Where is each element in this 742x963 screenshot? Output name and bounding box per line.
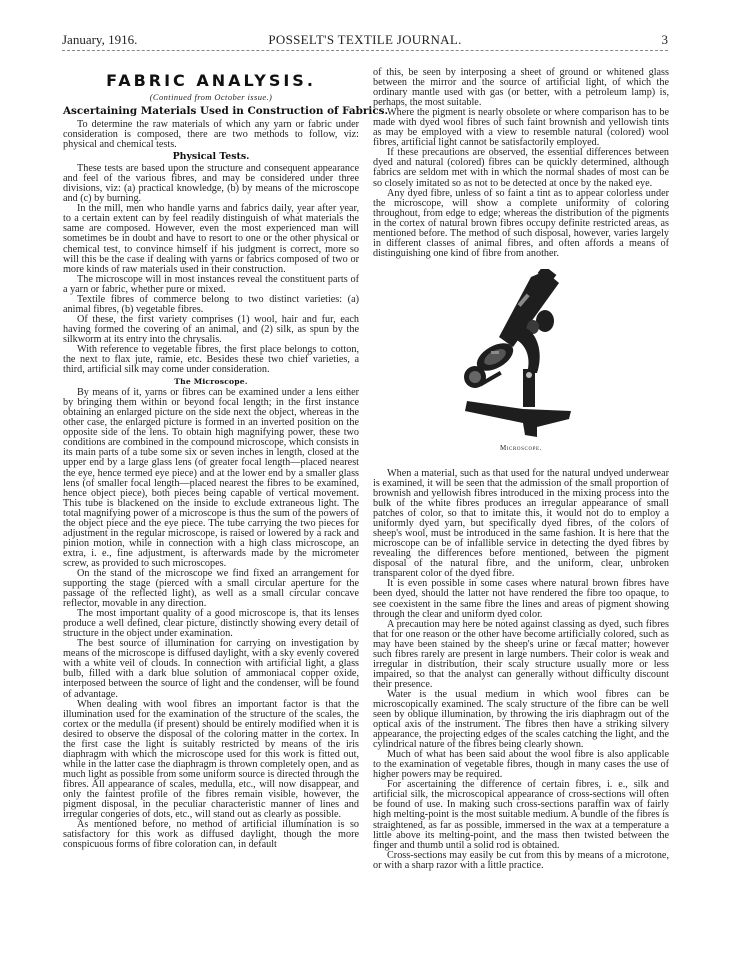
section-heading-microscope: The Microscope. bbox=[63, 376, 359, 387]
paragraph: of this, be seen by interposing a sheet … bbox=[373, 68, 669, 108]
paragraph: In the mill, men who handle yarns and fa… bbox=[63, 204, 359, 274]
running-header: January, 1916. POSSELT'S TEXTILE JOURNAL… bbox=[62, 32, 668, 48]
paragraph: Any dyed fibre, unless of so faint a tin… bbox=[373, 189, 669, 259]
left-column: FABRIC ANALYSIS. (Continued from October… bbox=[63, 70, 359, 850]
paragraph: The most important quality of a good mic… bbox=[63, 609, 359, 639]
microscope-icon bbox=[453, 269, 593, 441]
journal-title: POSSELT'S TEXTILE JOURNAL. bbox=[62, 32, 668, 48]
right-column: of this, be seen by interposing a sheet … bbox=[373, 68, 669, 871]
paragraph: These tests are based upon the structure… bbox=[63, 164, 359, 204]
paragraph: By means of it, yarns or fibres can be e… bbox=[63, 388, 359, 569]
paragraph: Where the pigment is nearly obsolete or … bbox=[373, 108, 669, 148]
paragraph: The best source of illumination for carr… bbox=[63, 639, 359, 699]
paragraph: If these precautions are observed, the e… bbox=[373, 148, 669, 188]
paragraph: When dealing with wool fibres an importa… bbox=[63, 700, 359, 821]
article-subtitle: (Continued from October issue.) bbox=[63, 92, 359, 102]
paragraph: Cross-sections may easily be cut from th… bbox=[373, 851, 669, 871]
paragraph: Water is the usual medium in which wool … bbox=[373, 690, 669, 750]
paragraph: For ascertaining the difference of certa… bbox=[373, 780, 669, 850]
paragraph: It is even possible in some cases where … bbox=[373, 579, 669, 619]
paragraph: On the stand of the microscope we find f… bbox=[63, 569, 359, 609]
paragraph: The microscope will in most instances re… bbox=[63, 275, 359, 295]
paragraph: Textile fibres of commerce belong to two… bbox=[63, 295, 359, 315]
page-number: 3 bbox=[662, 32, 669, 48]
article-title: FABRIC ANALYSIS. bbox=[63, 72, 359, 90]
header-rule bbox=[62, 50, 668, 51]
figure-caption: Microscope. bbox=[373, 444, 669, 453]
paragraph: Of these, the first variety comprises (1… bbox=[63, 315, 359, 345]
microscope-figure: Microscope. bbox=[373, 269, 669, 459]
paragraph: When a material, such as that used for t… bbox=[373, 469, 669, 580]
paragraph: A precaution may here be noted against c… bbox=[373, 620, 669, 690]
section-heading-physical-tests: Physical Tests. bbox=[63, 151, 359, 163]
paragraph: To determine the raw materials of which … bbox=[63, 120, 359, 150]
paragraph: As mentioned before, no method of artifi… bbox=[63, 820, 359, 850]
article-heading: Ascertaining Materials Used in Construct… bbox=[63, 105, 359, 118]
paragraph: With reference to vegetable fibres, the … bbox=[63, 345, 359, 375]
paragraph: Much of what has been said about the woo… bbox=[373, 750, 669, 780]
